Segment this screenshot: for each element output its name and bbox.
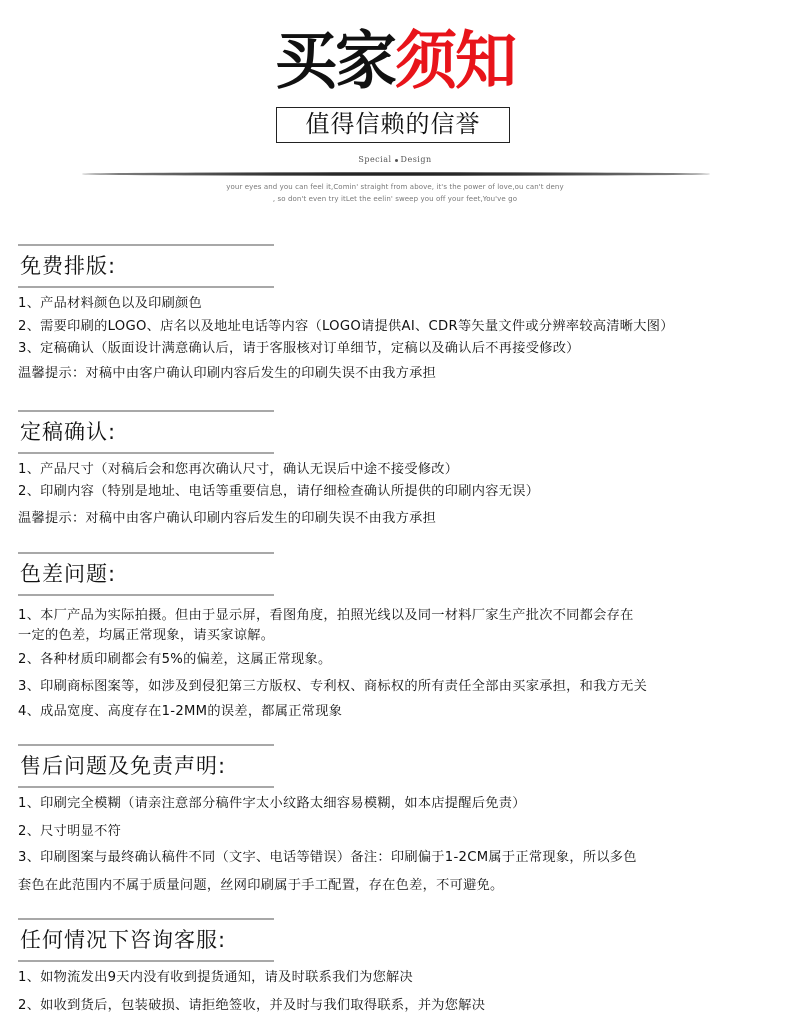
list-item: 1、产品材料颜色以及印刷颜色	[18, 294, 788, 317]
list-item-continuation: 一定的色差，均属正常现象，请买家谅解。	[18, 626, 788, 650]
list-item: 2、印刷内容（特别是地址、电话等重要信息，请仔细检查确认所提供的印刷内容无误）	[18, 482, 788, 509]
header-divider	[82, 172, 710, 176]
section-free-layout: 免费排版: 1、产品材料颜色以及印刷颜色 2、需要印刷的LOGO、店名以及地址电…	[18, 244, 788, 386]
list-item: 2、需要印刷的LOGO、店名以及地址电话等内容（LOGO请提供AI、CDR等矢量…	[18, 317, 788, 339]
subtitle-box: 值得信赖的信誉	[276, 107, 510, 143]
list-item: 3、印刷图案与最终确认稿件不同（文字、电话等错误）备注：印刷偏于1-2CM属于正…	[18, 848, 788, 876]
dot-separator-icon	[395, 159, 398, 162]
section-title: 定稿确认:	[18, 412, 788, 452]
design-text: Design	[401, 155, 432, 164]
list-item: 3、定稿确认（版面设计满意确认后，请于客服核对订单细节，定稿以及确认后不再接受修…	[18, 339, 788, 364]
list-item-continuation: 套色在此范围内不属于质量问题，丝网印刷属于手工配置，存在色差，不可避免。	[18, 876, 788, 898]
title-dark-part: 买家	[275, 23, 395, 97]
page-title: 买家须知	[0, 25, 790, 96]
section-color-difference: 色差问题: 1、本厂产品为实际拍摄。但由于显示屏，看图角度，拍照光线以及同一材料…	[18, 552, 788, 724]
title-red-part: 须知	[395, 23, 515, 97]
section-contact-service: 任何情况下咨询客服: 1、如物流发出9天内没有收到提货通知，请及时联系我们为您解…	[18, 918, 788, 1018]
special-text: Special	[358, 155, 391, 164]
list-item: 1、如物流发出9天内没有收到提货通知，请及时联系我们为您解决	[18, 968, 788, 996]
tagline-line-2: , so don't even try itLet the eelin' swe…	[0, 195, 790, 203]
warm-tip: 温馨提示：对稿中由客户确认印刷内容后发生的印刷失误不由我方承担	[18, 364, 788, 386]
list-item: 4、成品宽度、高度存在1-2MM的误差，都属正常现象	[18, 702, 788, 724]
list-item: 3、印刷商标图案等，如涉及到侵犯第三方版权、专利权、商标权的所有责任全部由买家承…	[18, 677, 788, 702]
special-design-label: SpecialDesign	[0, 155, 790, 164]
tagline-line-1: your eyes and you can feel it,Comin' str…	[0, 183, 790, 191]
warm-tip: 温馨提示：对稿中由客户确认印刷内容后发生的印刷失误不由我方承担	[18, 509, 788, 531]
section-title: 色差问题:	[18, 554, 788, 594]
list-item: 1、产品尺寸（对稿后会和您再次确认尺寸，确认无误后中途不接受修改）	[18, 460, 788, 482]
list-item: 1、本厂产品为实际拍摄。但由于显示屏，看图角度，拍照光线以及同一材料厂家生产批次…	[18, 606, 788, 626]
list-item: 2、各种材质印刷都会有5%的偏差，这属正常现象。	[18, 650, 788, 677]
list-item: 2、尺寸明显不符	[18, 822, 788, 848]
section-title: 任何情况下咨询客服:	[18, 920, 788, 960]
list-item: 2、如收到货后，包装破损、请拒绝签收，并及时与我们取得联系，并为您解决	[18, 996, 788, 1018]
section-after-sales: 售后问题及免责声明: 1、印刷完全模糊（请亲注意部分稿件字太小纹路太细容易模糊，…	[18, 744, 788, 898]
section-draft-confirm: 定稿确认: 1、产品尺寸（对稿后会和您再次确认尺寸，确认无误后中途不接受修改） …	[18, 410, 788, 531]
section-title: 免费排版:	[18, 246, 788, 286]
list-item: 1、印刷完全模糊（请亲注意部分稿件字太小纹路太细容易模糊，如本店提醒后免责）	[18, 794, 788, 822]
section-title: 售后问题及免责声明:	[18, 746, 788, 786]
